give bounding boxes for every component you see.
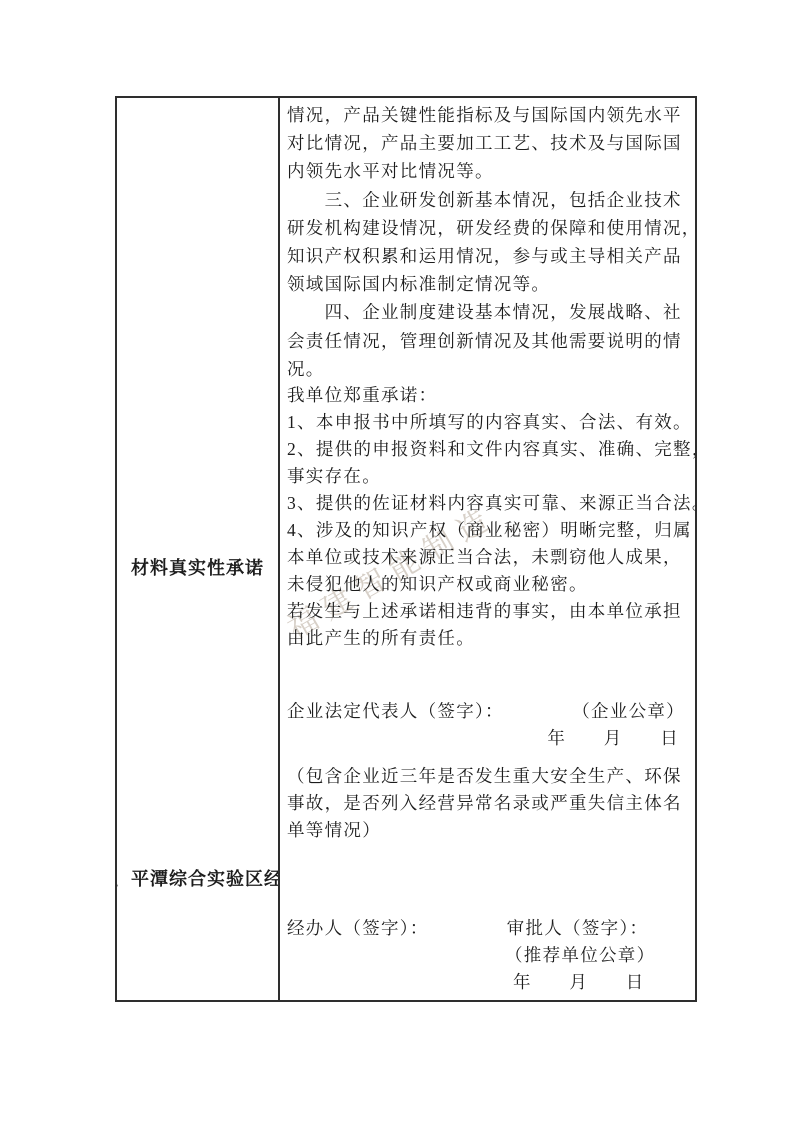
approver-signature-label: 审批人（签字）： xyxy=(507,915,649,942)
row2-date-line: 年 月 日 xyxy=(287,725,689,752)
commitment-text: 我单位郑重承诺：1、本申报书中所填写的内容真实、合法、有效。2、提供的申报资料和… xyxy=(287,382,689,652)
text-line: 事实存在。 xyxy=(287,463,689,490)
text-line: 我单位郑重承诺： xyxy=(287,382,689,409)
legal-rep-signature-line: 企业法定代表人（签字）： （企业公章） xyxy=(287,698,689,725)
form-table: 情况，产品关键性能指标及与国际国内领先水平对比情况，产品主要加工工艺、技术及与国… xyxy=(115,96,697,1002)
row3-content-cell: （包含企业近三年是否发生重大安全生产、环保事故，是否列入经营异常名录或严重失信主… xyxy=(280,759,695,1000)
text-line: 内领先水平对比情况等。 xyxy=(287,157,689,185)
row2-label-material-authenticity: 材料真实性承诺 xyxy=(117,377,280,759)
text-line: 1、本申报书中所填写的内容真实、合法、有效。 xyxy=(287,409,689,436)
company-seal-label: （企业公章） xyxy=(572,698,685,725)
text-line: 况。 xyxy=(287,355,689,377)
operator-approver-line: 经办人（签字）： 审批人（签字）： xyxy=(287,915,689,942)
text-line: 对比情况，产品主要加工工艺、技术及与国际国 xyxy=(287,129,689,157)
text-line: 经发局推荐意见 xyxy=(264,865,280,894)
legal-rep-signature-label: 企业法定代表人（签字）： xyxy=(287,698,504,725)
text-line: 4、涉及的知识产权（商业秘密）明晰完整，归属 xyxy=(287,517,689,544)
text-line: 单等情况） xyxy=(287,817,689,844)
text-line: 设区市工信局、 xyxy=(117,865,131,894)
text-line: 三、企业研发创新基本情况，包括企业技术 xyxy=(287,186,689,214)
text-line: 本单位或技术来源正当合法，未剽窃他人成果， xyxy=(287,544,689,571)
text-line: 研发机构建设情况，研发经费的保障和使用情况， xyxy=(287,214,689,242)
text-line: 领域国际国内标准制定情况等。 xyxy=(287,270,689,298)
operator-signature-label: 经办人（签字）： xyxy=(287,915,429,942)
text-line: 2、提供的申报资料和文件内容真实、准确、完整， xyxy=(287,436,689,463)
row3-label-recommendation: 设区市工信局、平潭综合实验区经发局推荐意见 xyxy=(117,759,280,1000)
text-line: 由此产生的所有责任。 xyxy=(287,625,689,652)
row2-content-cell: 我单位郑重承诺：1、本申报书中所填写的内容真实、合法、有效。2、提供的申报资料和… xyxy=(280,377,695,759)
row3-signature-block: 经办人（签字）： 审批人（签字）： （推荐单位公章） 年 月 日 xyxy=(287,915,689,996)
text-line: 3、提供的佐证材料内容真实可靠、来源正当合法。 xyxy=(287,490,689,517)
recommendation-note: （包含企业近三年是否发生重大安全生产、环保事故，是否列入经营异常名录或严重失信主… xyxy=(287,763,689,844)
row1-content-cell: 情况，产品关键性能指标及与国际国内领先水平对比情况，产品主要加工工艺、技术及与国… xyxy=(280,98,695,377)
row3-date-line: 年 月 日 xyxy=(513,969,689,996)
text-line: 知识产权积累和运用情况，参与或主导相关产品 xyxy=(287,242,689,270)
text-line: 平潭综合实验区 xyxy=(131,865,264,894)
text-line: 四、企业制度建设基本情况，发展战略、社 xyxy=(287,298,689,326)
text-line: 情况，产品关键性能指标及与国际国内领先水平 xyxy=(287,101,689,129)
text-line: 若发生与上述承诺相违背的事实，由本单位承担 xyxy=(287,598,689,625)
text-line: 会责任情况，管理创新情况及其他需要说明的情 xyxy=(287,327,689,355)
document-page: { "watermark": { "text": "福建智能制造", "colo… xyxy=(0,0,800,1131)
recommend-unit-seal-label: （推荐单位公章） xyxy=(505,942,689,969)
text-line: （包含企业近三年是否发生重大安全生产、环保 xyxy=(287,763,689,790)
row1-label-cell xyxy=(117,98,280,377)
text-line: 事故，是否列入经营异常名录或严重失信主体名 xyxy=(287,790,689,817)
text-line: 未侵犯他人的知识产权或商业秘密。 xyxy=(287,571,689,598)
